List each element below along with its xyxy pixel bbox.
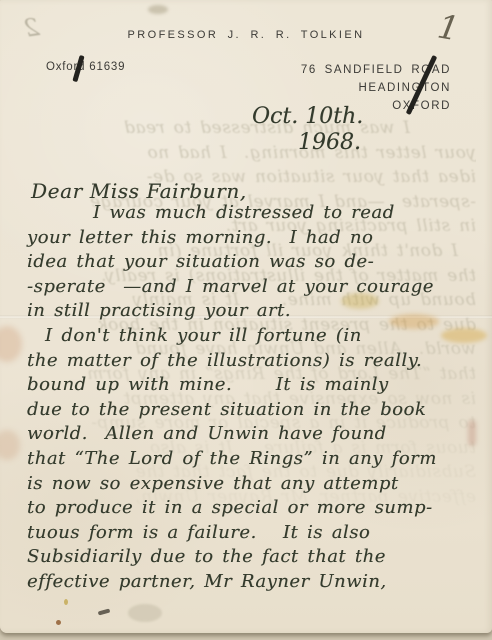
handwritten-line: in still practising your art. [27, 299, 478, 324]
handwritten-line: idea that your situation was so de- [27, 250, 478, 275]
salutation: Dear Miss Fairburn, [31, 179, 247, 203]
handwritten-line: that “The Lord of the Rings” in any form [27, 447, 478, 472]
date-line-day: Oct. 10th. [252, 104, 363, 129]
letter-page: I was much distressed to readyour letter… [0, 0, 492, 633]
handwritten-line: tuous form is a failure. It is also [27, 521, 478, 546]
left-edge-stain [0, 430, 20, 460]
address-line-district: HEADINGTON [301, 79, 451, 97]
handwritten-line: the matter of the illustrations) is real… [27, 349, 478, 374]
bleed-through-line: your letter this morning. I had no [22, 141, 476, 166]
handwritten-line: to produce it in a special or more sump- [27, 496, 478, 521]
yellow-speck [64, 599, 68, 605]
handwritten-line: effective partner, Mr Rayner Unwin, [27, 570, 478, 595]
smudge [128, 604, 162, 622]
handwritten-line: your letter this morning. I had no [27, 226, 478, 251]
letterhead-name: PROFESSOR J. R. R. TOLKIEN [0, 29, 492, 41]
handwritten-line: due to the present situation in the book [27, 398, 478, 423]
bleed-through-page-number: 2 [22, 13, 41, 43]
handwritten-line: I was much distressed to read [27, 201, 478, 226]
handwritten-line: -sperate —and I marvel at your courage [27, 275, 478, 300]
date-line-year: 1968. [298, 130, 361, 155]
handwritten-line: is now so expensive that any attempt [27, 472, 478, 497]
top-edge-stain [148, 5, 168, 14]
right-edge-mark [468, 420, 476, 446]
pencil-page-number: 1 [435, 6, 462, 48]
bleed-through-line: I was much distressed to read [22, 116, 476, 141]
left-edge-stain [0, 326, 22, 362]
handwritten-line: bound up with mine. It is mainly [27, 373, 478, 398]
handwritten-line: world. Allen and Unwin have found [27, 422, 478, 447]
letterhead-telephone: Oxford 61639 [46, 61, 125, 73]
rust-speck [56, 620, 61, 625]
handwritten-line: Subsidiarily due to the fact that the [27, 545, 478, 570]
handwritten-line: I don't think your ill fortune (in [27, 324, 478, 349]
ink-speck [98, 609, 111, 616]
letter-body: I was much distressed to readyour letter… [27, 201, 478, 595]
